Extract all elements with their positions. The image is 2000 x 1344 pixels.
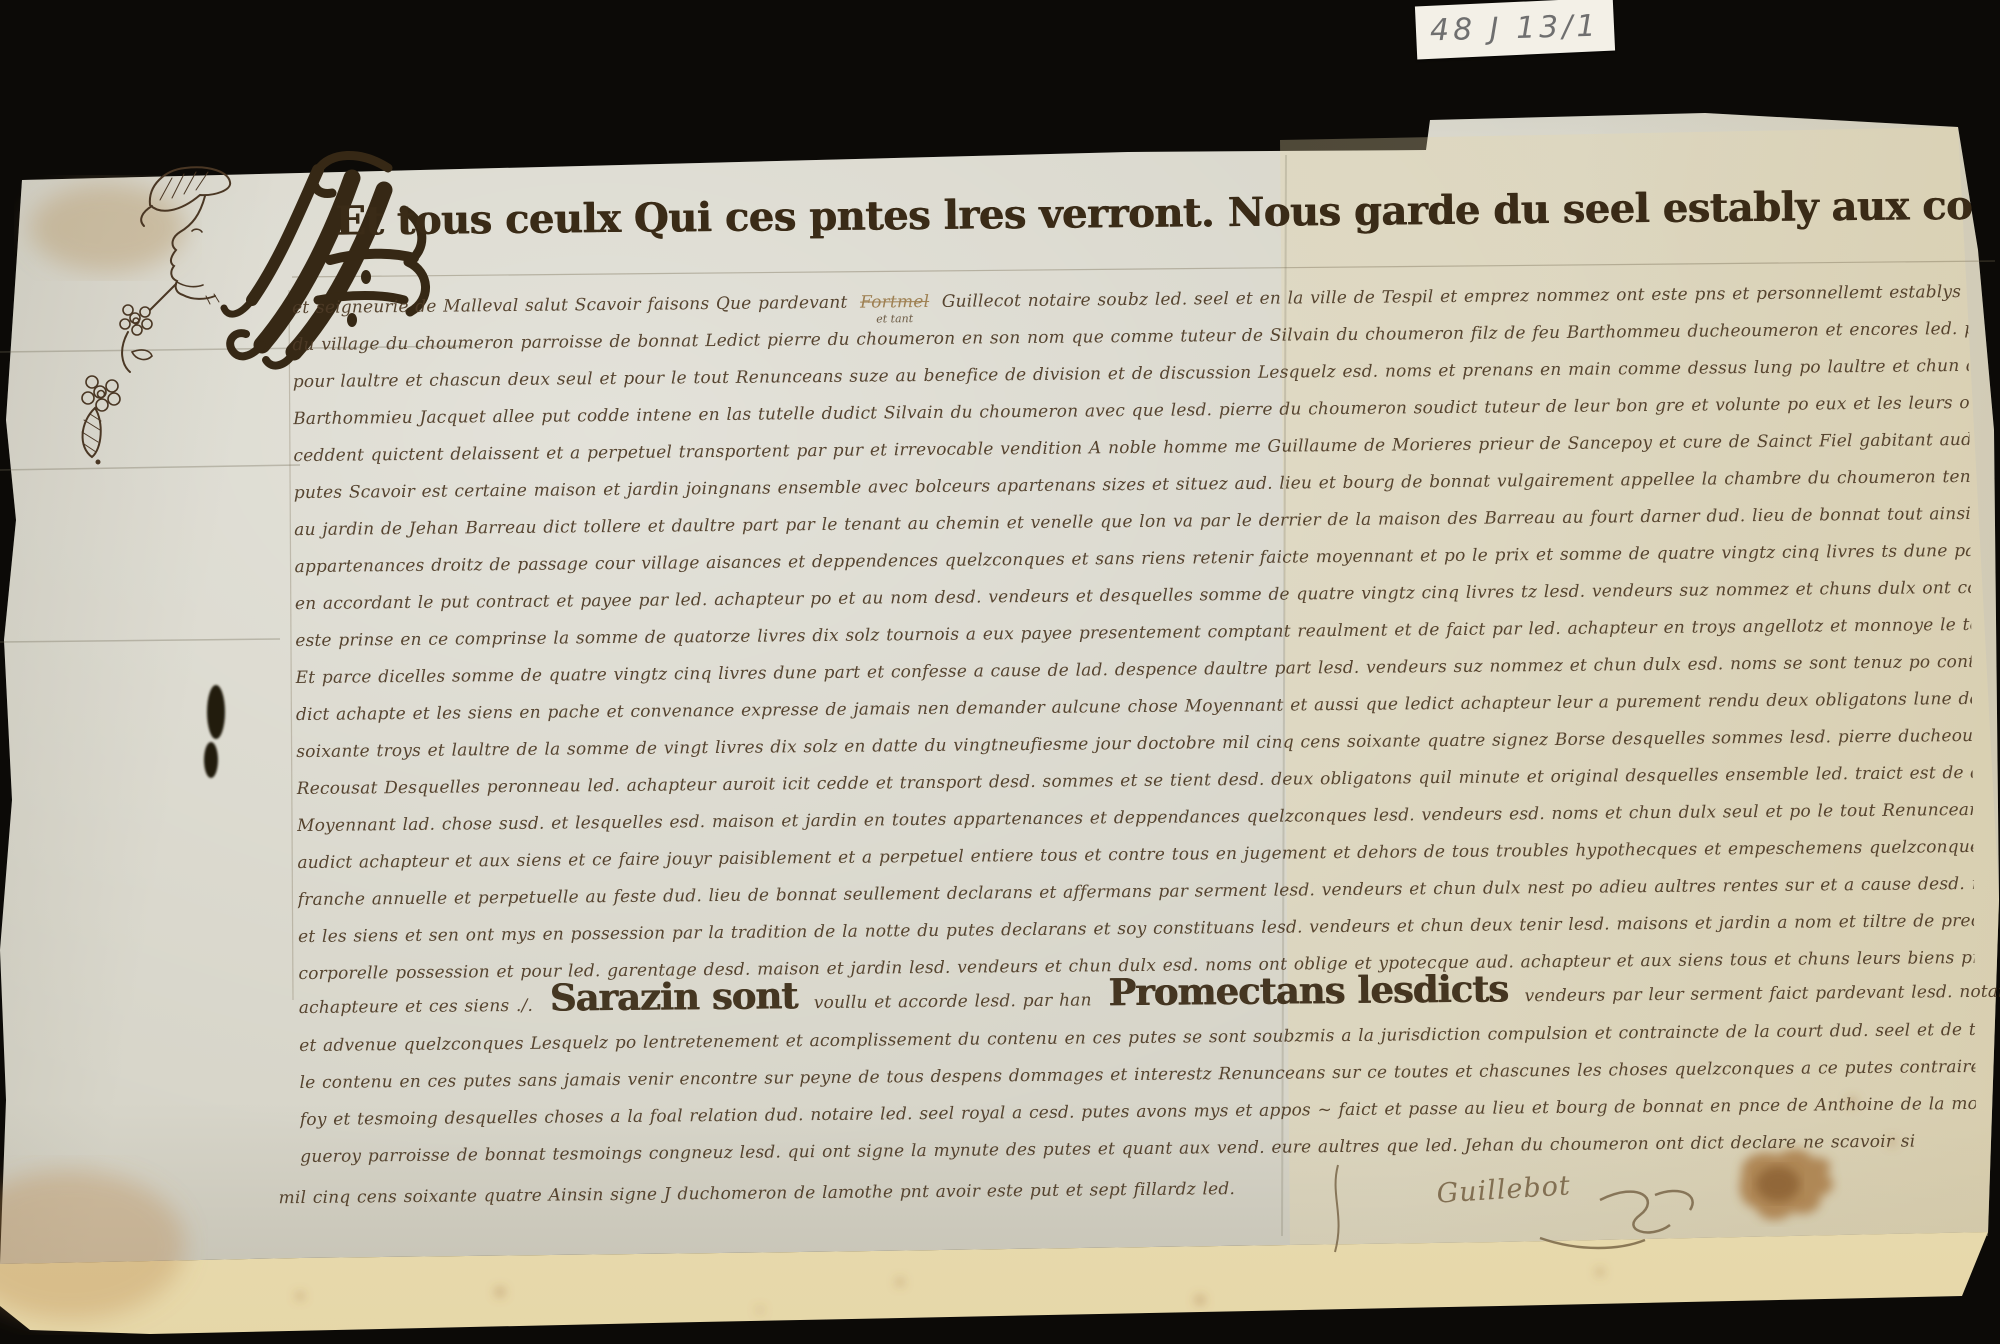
manuscript-line: Barthommieu Jacquet allee put codde inte… xyxy=(293,395,1969,428)
manuscript-line: foy et tesmoing desquelles choses a la f… xyxy=(300,1096,1976,1129)
notary-signature: Guillebot xyxy=(1436,1170,1572,1209)
big-line-lead: achapteure et ces siens ./. xyxy=(299,996,533,1018)
manuscript-line: este prinse en ce comprinse la somme de … xyxy=(295,617,1971,650)
archive-label-sticker: 48 J 13/1 xyxy=(1415,0,1615,59)
emphasized-word: Sarazin sont xyxy=(549,973,797,1019)
manuscript-line: et les siens et sen ont mys en possessio… xyxy=(298,913,1974,946)
photo-of-parchment-charter: Et tous ceulx Qui ces pntes lres verront… xyxy=(0,0,2000,1344)
manuscript-line: et seigneurie de Malleval salut Scavoir … xyxy=(292,284,1968,317)
big-line-mid: voullu et accorde lesd. par han xyxy=(814,990,1092,1013)
manuscript-line: soixante troys et laultre de la somme de… xyxy=(296,728,1972,761)
archive-label-text: 48 J 13/1 xyxy=(1430,9,1600,49)
manuscript-line: franche annuelle et perpetuelle au feste… xyxy=(298,876,1974,909)
interline-insertion: et tant xyxy=(876,312,913,325)
struck-out-word: Fortmel xyxy=(860,292,929,313)
manuscript-line: Recousat Desquelles peronneau led. achap… xyxy=(297,765,1973,798)
heading-line: Et tous ceulx Qui ces pntes lres verront… xyxy=(335,182,1995,245)
manuscript-line: audict achapteur et aux siens et ce fair… xyxy=(297,839,1973,872)
manuscript-text-block: Et tous ceulx Qui ces pntes lres verront… xyxy=(0,0,2000,1344)
big-line-tail: vendeurs par leur serment faict pardevan… xyxy=(1524,981,2000,1006)
manuscript-line: pour laultre et chascun deux seul et pou… xyxy=(293,358,1969,391)
manuscript-line: ceddent quictent delaissent et a perpetu… xyxy=(293,432,1969,465)
line2-after: Guillecot notaire soubz led. seel et en … xyxy=(942,284,1968,312)
emphasized-word: Promectans lesdicts xyxy=(1108,966,1508,1014)
manuscript-line: dict achapte et les siens en pache et co… xyxy=(296,691,1972,724)
manuscript-line: du village du choumeron parroisse de bon… xyxy=(292,321,1968,354)
manuscript-last-line: mil cinq cens soixante quatre Ainsin sig… xyxy=(279,1180,1379,1208)
manuscript-line: au jardin de Jehan Barreau dict tollere … xyxy=(294,506,1970,539)
manuscript-line: en accordant le put contract et payee pa… xyxy=(295,580,1971,613)
manuscript-line: appartenances droitz de passage cour vil… xyxy=(294,543,1970,576)
manuscript-line: le contenu en ces putes sans jamais veni… xyxy=(299,1059,1975,1092)
manuscript-line: putes Scavoir est certaine maison et jar… xyxy=(294,469,1970,502)
manuscript-line: et advenue quelzconques Lesquelz po lent… xyxy=(299,1022,1975,1055)
line2-before: et seigneurie de Malleval salut Scavoir … xyxy=(292,293,848,317)
manuscript-line: Moyennant lad. chose susd. et lesquelles… xyxy=(297,802,1973,835)
manuscript-line: gueroy parroisse de bonnat tesmoings con… xyxy=(300,1133,1976,1166)
manuscript-line: Et parce dicelles somme de quatre vingtz… xyxy=(296,654,1972,687)
